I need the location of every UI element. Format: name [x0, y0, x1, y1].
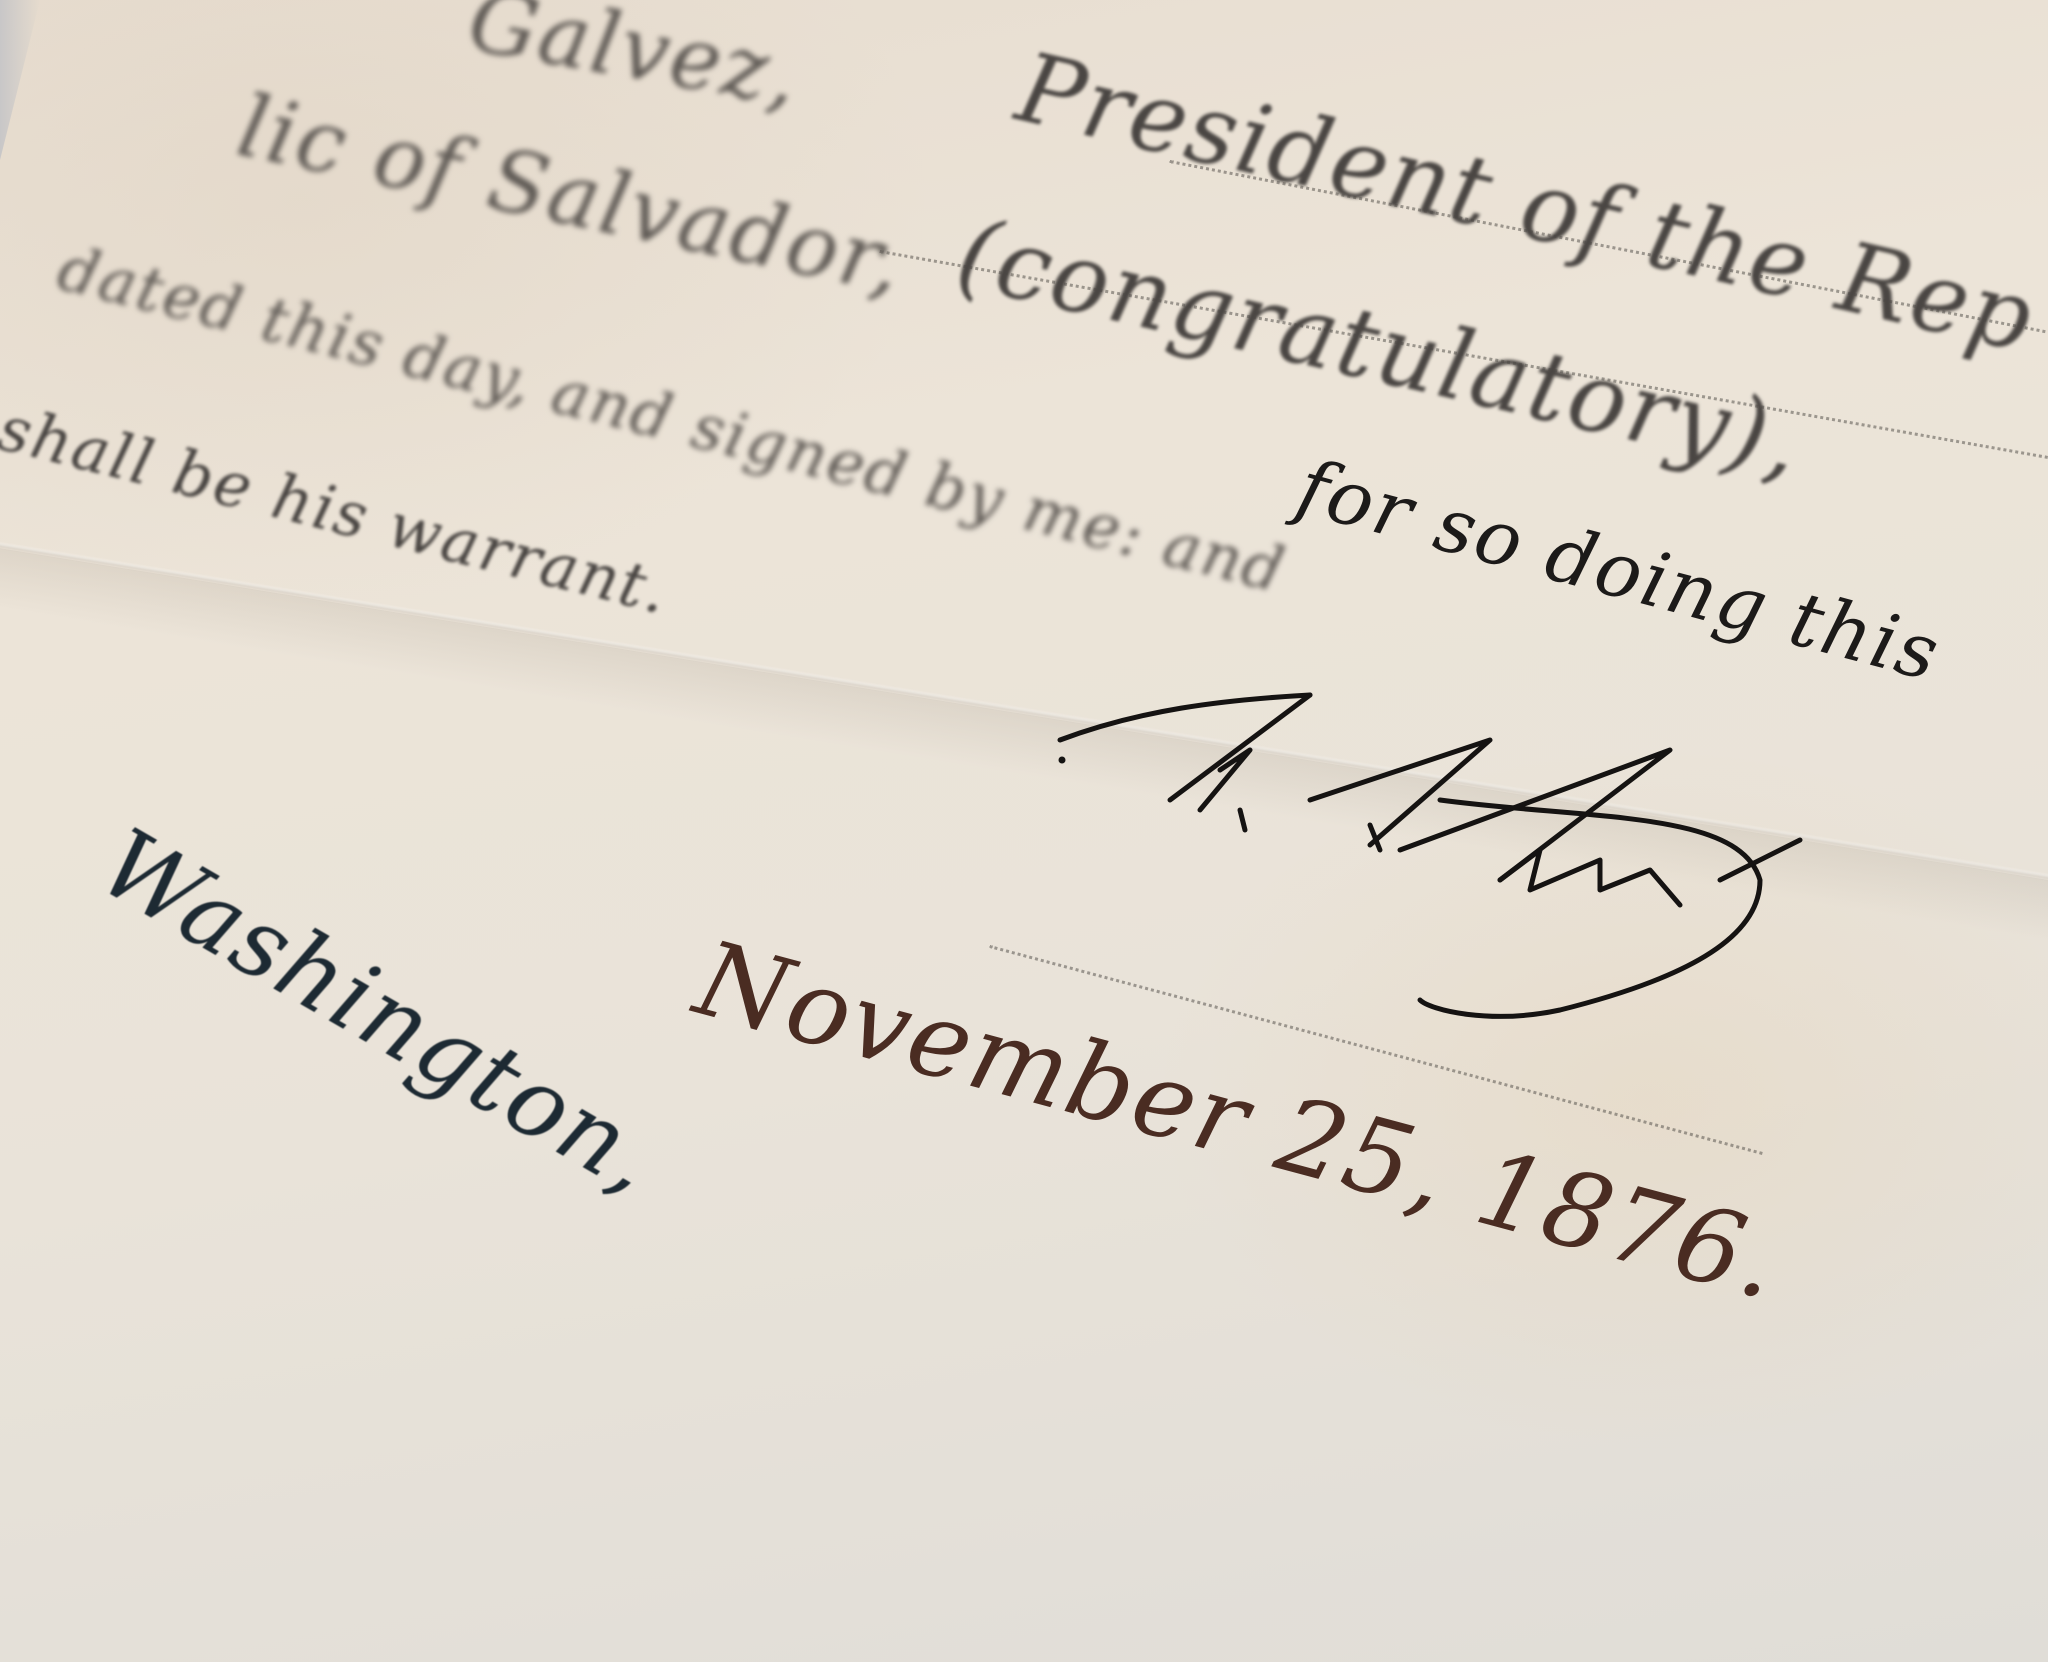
body-line-3-right: for so doing this	[1288, 442, 1949, 699]
body-line-2-left: lic of Salvador,	[230, 76, 913, 315]
body-line-1-left: Galvez,	[461, 0, 807, 127]
signature-flourish-icon	[1040, 680, 1900, 1040]
signature	[1040, 680, 1900, 1040]
dateline-place: Washington,	[82, 808, 678, 1217]
page-edge-shadow	[0, 0, 40, 160]
document-paper: Galvez, President of the Rep lic of Salv…	[0, 0, 2048, 1662]
